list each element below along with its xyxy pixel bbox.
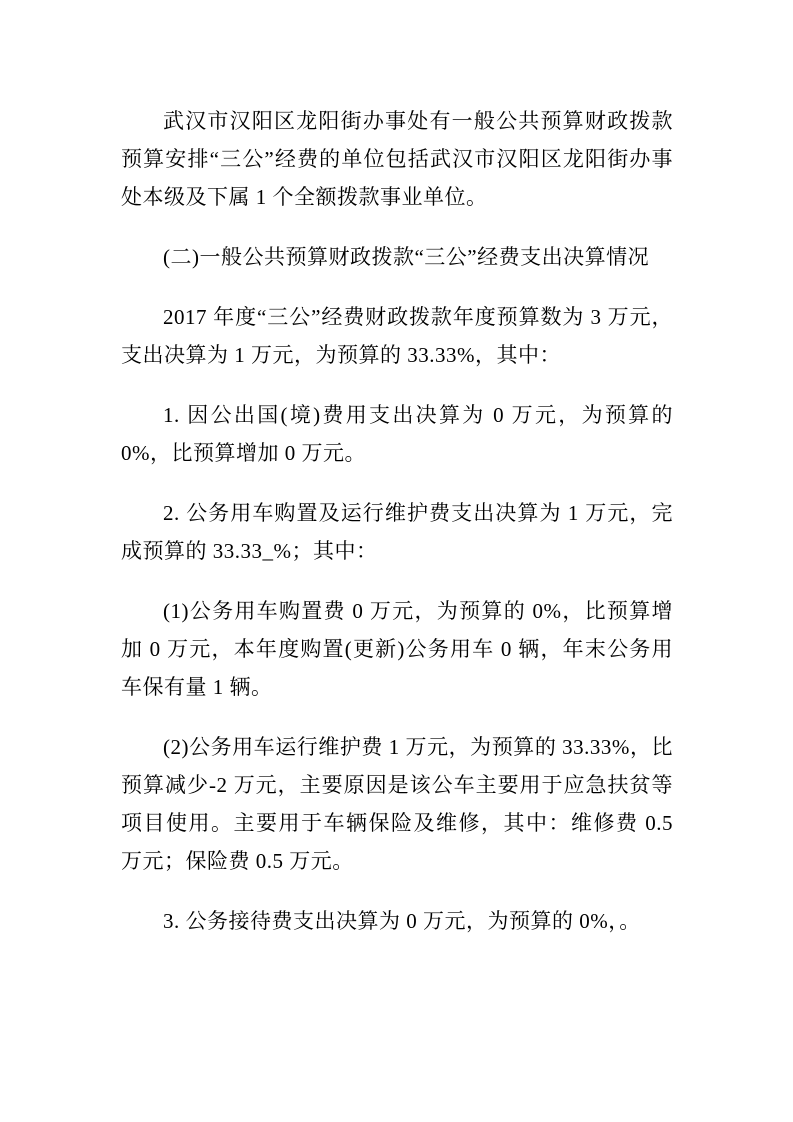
paragraph-item1-abroad-expense: 1. 因公出国(境)费用支出决算为 0 万元，为预算的 0%，比预算增加 0 万…	[121, 396, 673, 472]
paragraph-section-heading: (二)一般公共预算财政拨款“三公”经费支出决算情况	[121, 238, 673, 276]
paragraph-item2-1-vehicle-purchase: (1)公务用车购置费 0 万元，为预算的 0%，比预算增加 0 万元，本年度购置…	[121, 592, 673, 706]
document-body: 武汉市汉阳区龙阳街办事处有一般公共预算财政拨款预算安排“三公”经费的单位包括武汉…	[121, 102, 673, 940]
paragraph-total-budget: 2017 年度“三公”经费财政拨款年度预算数为 3 万元，支出决算为 1 万元，…	[121, 298, 673, 374]
document-page: 武汉市汉阳区龙阳街办事处有一般公共预算财政拨款预算安排“三公”经费的单位包括武汉…	[0, 0, 793, 1122]
paragraph-intro-units: 武汉市汉阳区龙阳街办事处有一般公共预算财政拨款预算安排“三公”经费的单位包括武汉…	[121, 102, 673, 216]
paragraph-item2-vehicle-expense: 2. 公务用车购置及运行维护费支出决算为 1 万元，完成预算的 33.33_%；…	[121, 494, 673, 570]
paragraph-item2-2-vehicle-maintenance: (2)公务用车运行维护费 1 万元，为预算的 33.33%，比预算减少-2 万元…	[121, 728, 673, 880]
paragraph-item3-reception-expense: 3. 公务接待费支出决算为 0 万元，为预算的 0%，。	[121, 902, 673, 940]
